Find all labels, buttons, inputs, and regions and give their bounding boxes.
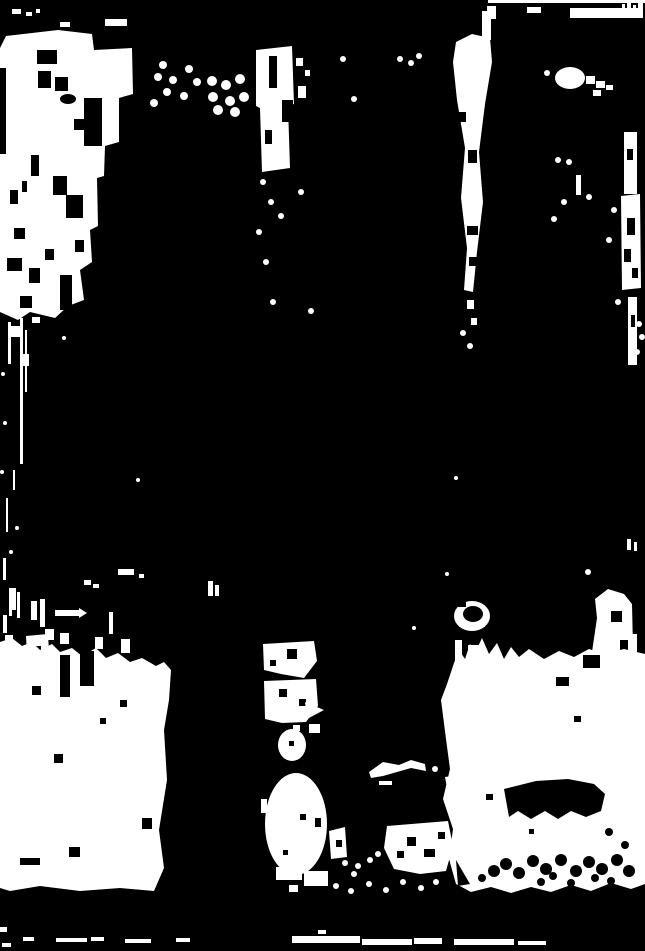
speck-cluster-dot (154, 73, 162, 81)
ground-mark (208, 581, 213, 596)
blob-column (60, 633, 69, 644)
center-patch-hole (299, 699, 306, 706)
bottom-dash (0, 927, 7, 932)
wall-hole (7, 258, 22, 271)
wall-hole (45, 249, 54, 260)
pillar-edge-bit (296, 58, 303, 66)
speck-cluster-dot (193, 78, 201, 86)
pillar-speck-dot (263, 259, 269, 265)
foliage-dots-dot (605, 828, 613, 836)
blob-tail (596, 81, 605, 88)
speck-cluster-dot (239, 92, 249, 102)
speck-cluster-dot (163, 88, 171, 96)
ground-mark (118, 569, 134, 575)
mid-speck-dot (400, 879, 406, 885)
center-patch-hole (287, 649, 297, 659)
pillar-edge-bit (305, 70, 310, 76)
top-dash (12, 9, 21, 14)
wall-hole (22, 181, 27, 192)
left-edge-dot-dot (15, 526, 19, 530)
right-edge-speck-dot (606, 237, 612, 243)
streak-hole (469, 257, 478, 266)
blob-tail (586, 76, 595, 84)
wall-hole (66, 195, 83, 218)
mid-speck-dot (375, 851, 381, 857)
left-edge-dot-dot (9, 550, 13, 554)
streak-tail (471, 318, 477, 325)
speck-cluster-dot (225, 96, 235, 106)
speck-cluster-dot (150, 99, 158, 107)
right-edge-strip (624, 132, 637, 194)
speck-cluster-dot (230, 107, 240, 117)
blob-tail (593, 90, 601, 96)
wavy-dash (379, 781, 392, 785)
blob-hole (80, 651, 94, 686)
stray-dot-dot (62, 336, 66, 340)
round-blob-hole (315, 818, 321, 827)
center-stray-bit (261, 799, 267, 813)
foliage-dots-dot (567, 879, 575, 887)
center-patch-hole (270, 660, 276, 666)
left-edge-line (3, 558, 6, 580)
wall-hole (75, 240, 84, 252)
wavy-dot-dot (432, 766, 438, 772)
center-under-patch (276, 867, 302, 880)
ground-mark (40, 599, 45, 627)
mid-speck-dot (418, 885, 424, 891)
field-hole (574, 716, 581, 722)
blob-hole (60, 655, 70, 697)
ground-mark (84, 580, 91, 585)
speck-cluster-dot (351, 96, 357, 102)
wall-hole (53, 176, 67, 195)
right-edge-speck-dot (634, 349, 640, 355)
ground-mark (3, 615, 7, 633)
speck-cluster-dot (397, 56, 403, 62)
streak-hole (468, 150, 477, 163)
left-edge-dot-dot (0, 470, 4, 474)
pillar-hole (282, 100, 293, 122)
top-edge-dash (527, 7, 541, 13)
right-edge-strip (628, 297, 637, 365)
left-edge-line (9, 588, 12, 616)
binarized-photo-figure (0, 0, 645, 951)
bottom-dash (56, 938, 87, 942)
foliage-dots-dot (513, 867, 525, 879)
top-edge-line (488, 0, 645, 3)
blob-dot-dot (544, 70, 550, 76)
streak-hole (467, 226, 478, 235)
wall-hole (10, 190, 18, 204)
right-edge-hole (627, 218, 635, 235)
foliage-dots-dot (488, 865, 500, 877)
foliage-dots-dot (621, 841, 629, 849)
left-edge-mark (32, 317, 40, 323)
blob-column (121, 639, 130, 653)
wall-hole (20, 296, 32, 308)
blob-column (5, 635, 13, 644)
corner-mark (622, 4, 625, 16)
right-edge-hole (624, 249, 631, 262)
ground-mark (12, 588, 16, 610)
right-speck-dot (566, 159, 572, 165)
field-hole (583, 655, 600, 668)
blob-dot (544, 70, 550, 76)
center-patch-hole (279, 689, 287, 697)
wall-hole (55, 77, 68, 91)
speck-cluster-dot (213, 105, 223, 115)
right-edge-speck (627, 539, 631, 550)
center-blob-hole (289, 741, 294, 746)
bottom-dash (362, 939, 412, 945)
speck-cluster-dot (180, 92, 188, 100)
mid-speck-dot (366, 881, 372, 887)
foliage-dots-dot (607, 877, 615, 885)
speck-cluster-dot (169, 76, 177, 84)
wall-hole (84, 98, 102, 146)
pillar-speck-dot (278, 213, 284, 219)
blob-hole (142, 818, 152, 829)
ground-mark (93, 584, 99, 588)
center-under-patch (304, 871, 328, 886)
streak-tail-dot (467, 343, 473, 349)
right-edge-bit (632, 634, 637, 660)
left-edge-blob (23, 354, 29, 366)
mid-speck-dot (351, 871, 357, 877)
right-speck-dot (555, 157, 561, 163)
speck-cluster-dot (185, 65, 193, 73)
left-edge-blob (10, 326, 21, 337)
top-dash (105, 19, 127, 26)
left-edge-dot-dot (1, 372, 5, 376)
foliage-dots-dot (527, 855, 539, 867)
blob-hole (69, 847, 80, 857)
right-edge-speck-dot (611, 207, 617, 213)
ground-mark (17, 592, 20, 618)
mid-speck-dot (333, 883, 339, 889)
mid-bright-patch (384, 821, 453, 874)
blob-column (95, 637, 103, 649)
top-edge-band (570, 8, 643, 18)
bottom-dash (23, 937, 34, 941)
corner-mark (633, 5, 636, 16)
mid-speck-dot (355, 863, 361, 869)
arrow-dash (55, 610, 79, 616)
mid-speck-dot (383, 887, 389, 893)
right-rise-speck-dot (585, 569, 591, 575)
left-edge-line (13, 470, 15, 490)
field-hole (556, 677, 569, 686)
top-edge-dash (487, 6, 496, 19)
center-patch-bit (309, 724, 320, 733)
pillar-hole (265, 130, 272, 144)
stray-dot-dot (412, 626, 416, 630)
bottom-dash (176, 938, 190, 942)
center-under-patch (289, 885, 298, 892)
right-edge-speck (634, 542, 637, 551)
right-edge-speck-dot (636, 321, 642, 327)
top-dash (60, 22, 70, 27)
mid-patch-hole (407, 837, 416, 846)
speck-cluster-dot (340, 56, 346, 62)
right-edge-hole (627, 149, 633, 160)
ground-mark (109, 612, 113, 634)
right-speck (576, 175, 581, 195)
wall-hole (60, 275, 72, 310)
right-edge-hole (632, 268, 638, 278)
pillar-edge-bit (298, 86, 306, 98)
binarized-photo (0, 0, 645, 951)
bottom-dash (91, 937, 104, 941)
pillar-speck-dot (298, 189, 304, 195)
blob-hole (120, 700, 127, 707)
wall-hole (14, 228, 25, 239)
right-edge-speck-dot (639, 334, 645, 340)
blob-hole (20, 858, 40, 865)
right-speck-dot (551, 216, 557, 222)
speck-cluster-dot (207, 76, 217, 86)
wall-hole (31, 155, 39, 176)
right-edge-hole (631, 315, 635, 327)
pillar-speck-dot (260, 179, 266, 185)
field-hole (529, 829, 534, 834)
top-dash (26, 12, 32, 16)
hook-gap (454, 596, 466, 607)
mid-patch-hole (438, 832, 445, 839)
right-edge-speck-dot (615, 299, 621, 305)
left-edge-line (20, 318, 23, 464)
foliage-dots-dot (583, 856, 595, 868)
bottom-dash (518, 941, 546, 945)
foliage-dots-dot (623, 865, 635, 877)
foliage-dots-dot (596, 863, 608, 875)
mid-patch-hole (397, 851, 404, 858)
top-dash (36, 9, 40, 13)
stray-dot-dot (136, 478, 140, 482)
left-edge-line (6, 498, 8, 532)
wall-hole (74, 119, 84, 130)
bottom-dash (2, 943, 11, 947)
ground-mark (31, 601, 37, 620)
wall-hole (29, 268, 40, 283)
foliage-dots-dot (611, 854, 623, 866)
blob-highlight (555, 67, 585, 89)
pillar-hole (269, 56, 277, 88)
bottom-dash (318, 930, 326, 934)
stray-dot-dot (454, 476, 458, 480)
foliage-dots-dot (537, 878, 545, 886)
bottom-dash (125, 939, 151, 943)
streak-tail (467, 300, 474, 309)
bottom-dash (292, 936, 360, 943)
wall-hole (0, 68, 6, 154)
mid-patch-hole (336, 840, 342, 847)
pillar-speck-dot (268, 199, 274, 205)
speck-cluster-dot (416, 53, 422, 59)
wall-hole (60, 94, 76, 104)
foliage-dots-dot (500, 858, 512, 870)
streak-tail-dot (460, 330, 466, 336)
foliage-dots-dot (591, 874, 599, 882)
foliage-dots-dot (555, 854, 567, 866)
blob-hole (100, 718, 106, 724)
blob-tail (606, 85, 613, 90)
speck-cluster-dot (235, 74, 245, 84)
mid-speck-dot (348, 888, 354, 894)
hook-hole (463, 606, 483, 622)
right-speck-dot (561, 199, 567, 205)
mid-patch-hole (424, 849, 435, 857)
right-rise-hole (611, 611, 622, 622)
stray-dot-dot (445, 572, 449, 576)
streak-hole (459, 112, 466, 122)
speck-cluster-dot (408, 60, 414, 66)
speck-cluster-dot (221, 80, 231, 90)
wall-hole (37, 50, 57, 64)
pillar-speck-dot (308, 308, 314, 314)
foliage-dots-dot (549, 872, 557, 880)
right-speck-dot (586, 194, 592, 200)
right-rise-speck (585, 569, 591, 575)
ground-mark (139, 574, 144, 578)
field-hole (486, 794, 493, 800)
bottom-dash (414, 938, 442, 944)
left-edge-dot-dot (3, 421, 7, 425)
foliage-dots-dot (570, 865, 582, 877)
mid-speck-dot (342, 860, 348, 866)
foliage-dots-dot (478, 874, 486, 882)
round-blob-hole (283, 850, 288, 855)
mid-speck-dot (367, 857, 373, 863)
wall-hole (38, 71, 51, 88)
blob-hole (32, 686, 41, 695)
pillar-speck-dot (270, 299, 276, 305)
pillar-speck-dot (256, 229, 262, 235)
corner-mark (638, 2, 643, 16)
speck-cluster-dot (208, 92, 218, 102)
wavy-dot (432, 766, 438, 772)
mid-speck-dot (433, 879, 439, 885)
corner-mark (627, 3, 631, 16)
blob-hole (54, 754, 63, 763)
round-blob-hole (300, 814, 306, 820)
speck-cluster-dot (159, 61, 167, 69)
bottom-dash (454, 939, 514, 945)
ground-mark (215, 585, 219, 596)
